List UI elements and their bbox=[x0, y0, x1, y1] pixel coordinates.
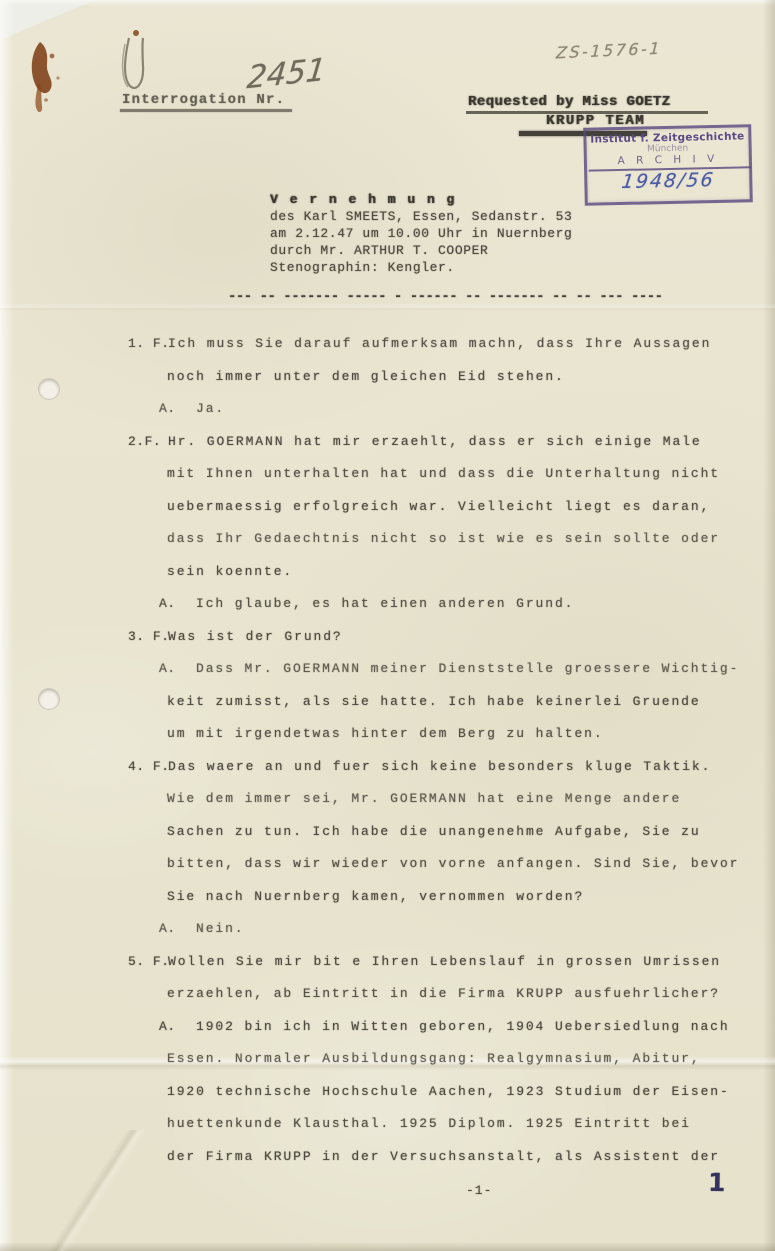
ink-stain-and-pencil-marks bbox=[16, 26, 166, 226]
line-text: mit Ihnen unterhalten hat und dass die U… bbox=[167, 466, 720, 481]
transcript-line: huettenkunde Klausthal. 1925 Diplom. 192… bbox=[126, 1116, 766, 1149]
archive-stamp: Institut f. Zeitgeschichte München A R C… bbox=[583, 124, 753, 206]
line-text: um mit irgendetwas hinter dem Berg zu ha… bbox=[167, 726, 604, 741]
requested-by-line: Requested by Miss GOETZ bbox=[468, 94, 670, 110]
line-text: bitten, dass wir wieder von vorne anfang… bbox=[167, 856, 739, 871]
line-text: Essen. Normaler Ausbildungsgang: Realgym… bbox=[167, 1051, 701, 1066]
transcript-line: Wie dem immer sei, Mr. GOERMANN hat eine… bbox=[126, 791, 766, 824]
interrogation-number-handwritten: 2451 bbox=[245, 52, 327, 97]
line-text: Wie dem immer sei, Mr. GOERMANN hat eine… bbox=[167, 791, 681, 806]
transcript-line: um mit irgendetwas hinter dem Berg zu ha… bbox=[126, 726, 766, 759]
title-stenographer-line: Stenographin: Kengler. bbox=[270, 260, 455, 275]
transcript-line: 1920 technische Hochschule Aachen, 1923 … bbox=[126, 1084, 766, 1117]
transcript-line: erzaehlen, ab Eintritt in die Firma KRUP… bbox=[126, 986, 766, 1019]
title-subject-line: des Karl SMEETS, Essen, Sedanstr. 53 bbox=[270, 209, 572, 224]
transcript-line: 4. F. Das waere an und fuer sich keine b… bbox=[126, 759, 766, 792]
transcript-line: noch immer unter dem gleichen Eid stehen… bbox=[126, 369, 766, 402]
transcript-line: der Firma KRUPP in der Versuchsanstalt, … bbox=[126, 1149, 766, 1182]
transcript-line: A. Ich glaube, es hat einen anderen Grun… bbox=[126, 596, 766, 629]
line-text: Ja. bbox=[196, 401, 225, 416]
stamp-accession-number: 1948/56 bbox=[586, 166, 751, 193]
title-datetime-line: am 2.12.47 um 10.00 Uhr in Nuernberg bbox=[270, 226, 572, 241]
transcript-line: A. Nein. bbox=[126, 921, 766, 954]
line-text: 1902 bin ich in Witten geboren, 1904 Ueb… bbox=[196, 1019, 730, 1034]
line-text: sein koennte. bbox=[167, 564, 293, 579]
line-label: A. bbox=[159, 596, 176, 611]
transcript-line: bitten, dass wir wieder von vorne anfang… bbox=[126, 856, 766, 889]
archive-reference-pencil: ZS-1576-1 bbox=[555, 39, 662, 63]
line-text: Wollen Sie mir bit e Ihren Lebenslauf in… bbox=[168, 954, 721, 969]
line-text: Ich muss Sie darauf aufmerksam machn, da… bbox=[168, 336, 711, 351]
scanned-document-page: ZS-1576-1 Interrogation Nr. 2451 Request… bbox=[0, 0, 775, 1251]
line-label: A. bbox=[159, 921, 176, 936]
transcript-line: A. Ja. bbox=[126, 401, 766, 434]
line-text: noch immer unter dem gleichen Eid stehen… bbox=[167, 369, 565, 384]
line-text: Was ist der Grund? bbox=[168, 629, 343, 644]
transcript-line: Sachen zu tun. Ich habe die unangenehme … bbox=[126, 824, 766, 857]
document-title: V e r n e h m u n g bbox=[270, 192, 456, 207]
line-label: 3. F. bbox=[128, 629, 170, 644]
interrogation-underline bbox=[120, 109, 292, 112]
line-label: 2.F. bbox=[128, 434, 161, 449]
transcript-line: 1. F. Ich muss Sie darauf aufmerksam mac… bbox=[126, 336, 766, 369]
transcript-line: A. Dass Mr. GOERMANN meiner Dienststelle… bbox=[126, 661, 766, 694]
archive-page-number: 1 bbox=[708, 1168, 726, 1197]
typed-page-marker: -1- bbox=[466, 1183, 492, 1198]
line-text: dass Ihr Gedaechtnis nicht so ist wie es… bbox=[167, 531, 720, 546]
transcript-line: uebermaessig erfolgreich war. Vielleicht… bbox=[126, 499, 766, 532]
transcript-line: dass Ihr Gedaechtnis nicht so ist wie es… bbox=[126, 531, 766, 564]
line-label: 5. F. bbox=[128, 954, 170, 969]
transcript-line: 2.F. Hr. GOERMANN hat mir erzaehlt, dass… bbox=[126, 434, 766, 467]
typed-divider-line: --- -- ------- ----- - ------ -- -------… bbox=[228, 289, 663, 305]
line-text: erzaehlen, ab Eintritt in die Firma KRUP… bbox=[167, 986, 720, 1001]
title-interrogator-line: durch Mr. ARTHUR T. COOPER bbox=[270, 243, 488, 258]
punch-hole-bottom bbox=[38, 688, 60, 710]
line-text: 1920 technische Hochschule Aachen, 1923 … bbox=[167, 1084, 730, 1099]
line-text: Nein. bbox=[196, 921, 245, 936]
line-text: uebermaessig erfolgreich war. Vielleicht… bbox=[167, 499, 710, 514]
transcript-line: A. 1902 bin ich in Witten geboren, 1904 … bbox=[126, 1019, 766, 1052]
transcript-line: 5. F. Wollen Sie mir bit e Ihren Lebensl… bbox=[126, 954, 766, 987]
transcript-line: keit zumisst, als sie hatte. Ich habe ke… bbox=[126, 694, 766, 727]
stamp-archiv-label: A R C H I V bbox=[587, 152, 749, 167]
line-label: A. bbox=[159, 401, 176, 416]
page-edge-top bbox=[0, 0, 775, 6]
punch-hole-top bbox=[38, 378, 60, 400]
line-text: Hr. GOERMANN hat mir erzaehlt, dass er s… bbox=[168, 434, 702, 449]
transcript-line: Sie nach Nuernberg kamen, vernommen word… bbox=[126, 889, 766, 922]
transcript-line: Essen. Normaler Ausbildungsgang: Realgym… bbox=[126, 1051, 766, 1084]
line-text: Sachen zu tun. Ich habe die unangenehme … bbox=[167, 824, 701, 839]
line-text: Ich glaube, es hat einen anderen Grund. bbox=[196, 596, 574, 611]
transcript-body: 1. F. Ich muss Sie darauf aufmerksam mac… bbox=[126, 336, 766, 1181]
line-label: 1. F. bbox=[128, 336, 170, 351]
line-label: A. bbox=[159, 661, 176, 676]
line-text: Das waere an und fuer sich keine besonde… bbox=[168, 759, 711, 774]
line-text: Dass Mr. GOERMANN meiner Dienststelle gr… bbox=[196, 661, 739, 676]
transcript-line: mit Ihnen unterhalten hat und dass die U… bbox=[126, 466, 766, 499]
line-label: A. bbox=[159, 1019, 176, 1034]
line-text: der Firma KRUPP in der Versuchsanstalt, … bbox=[167, 1149, 720, 1164]
line-text: huettenkunde Klausthal. 1925 Diplom. 192… bbox=[167, 1116, 691, 1131]
line-label: 4. F. bbox=[128, 759, 170, 774]
transcript-line: sein koennte. bbox=[126, 564, 766, 597]
line-text: keit zumisst, als sie hatte. Ich habe ke… bbox=[167, 694, 701, 709]
transcript-line: 3. F. Was ist der Grund? bbox=[126, 629, 766, 662]
line-text: Sie nach Nuernberg kamen, vernommen word… bbox=[167, 889, 584, 904]
